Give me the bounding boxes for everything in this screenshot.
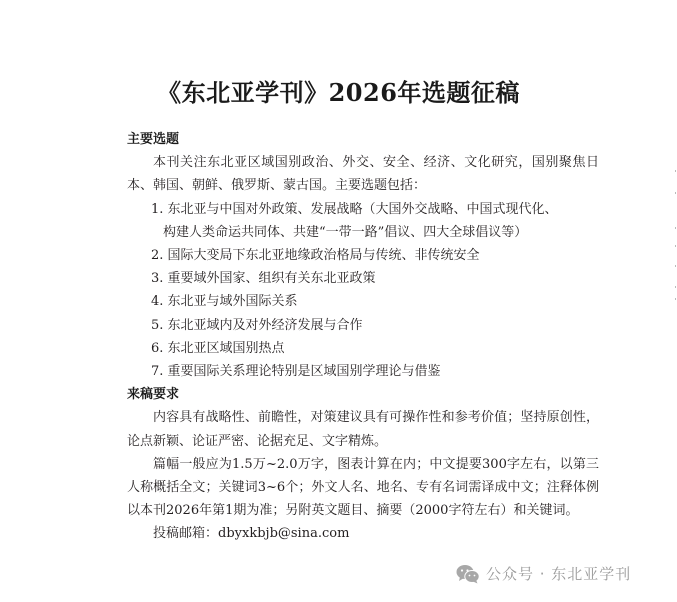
topics-list: 1. 东北亚与中国对外政策、发展战略（大国外交战略、中国式现代化、 构建人类命运… — [127, 198, 599, 384]
edge-mark — [675, 298, 676, 300]
watermark-text: 公众号 · 东北亚学刊 — [486, 563, 631, 584]
edge-mark — [675, 170, 676, 172]
email-address[interactable]: dbyxkbjb@sina.com — [218, 526, 349, 541]
list-item: 2. 国际大变局下东北亚地缘政治格局与传统、非传统安全 — [127, 244, 599, 267]
submission-email-line: 投稿邮箱：dbyxkbjb@sina.com — [127, 522, 599, 545]
section-heading-requirements: 来稿要求 — [127, 383, 599, 406]
requirements-paragraph: 内容具有战略性、前瞻性，对策建议具有可操作性和参考价值；坚持原创性，论点新颖、论… — [127, 406, 599, 452]
wechat-watermark: 公众号 · 东北亚学刊 — [456, 563, 631, 584]
wechat-icon — [456, 564, 480, 584]
list-item-line: 构建人类命运共同体、共建“一带一路”倡议、四大全球倡议等） — [151, 221, 599, 244]
section-heading-topics: 主要选题 — [127, 128, 599, 151]
list-item: 3. 重要域外国家、组织有关东北亚政策 — [127, 267, 599, 290]
list-item: 1. 东北亚与中国对外政策、发展战略（大国外交战略、中国式现代化、 构建人类命运… — [127, 198, 599, 244]
document-body: 主要选题 本刊关注东北亚区域国别政治、外交、安全、经济、文化研究，国别聚焦日本、… — [127, 128, 599, 546]
edge-mark — [675, 286, 676, 288]
requirements-paragraph: 篇幅一般应为1.5万~2.0万字，图表计算在内；中文提要300字左右，以第三人称… — [127, 453, 599, 523]
page-title: 《东北亚学刊》2026年选题征稿 — [0, 73, 677, 108]
list-item: 7. 重要国际关系理论特别是区域国别学理论与借鉴 — [127, 360, 599, 383]
topics-intro: 本刊关注东北亚区域国别政治、外交、安全、经济、文化研究，国别聚焦日本、韩国、朝鲜… — [127, 151, 599, 197]
edge-mark — [675, 227, 676, 229]
list-item: 4. 东北亚与域外国际关系 — [127, 290, 599, 313]
list-item: 6. 东北亚区域国别热点 — [127, 337, 599, 360]
edge-mark — [675, 265, 676, 267]
list-item-line: 1. 东北亚与中国对外政策、发展战略（大国外交战略、中国式现代化、 — [151, 202, 558, 217]
edge-mark — [675, 245, 676, 247]
email-label: 投稿邮箱： — [153, 526, 218, 541]
edge-mark — [675, 192, 676, 194]
list-item: 5. 东北亚域内及对外经济发展与合作 — [127, 314, 599, 337]
